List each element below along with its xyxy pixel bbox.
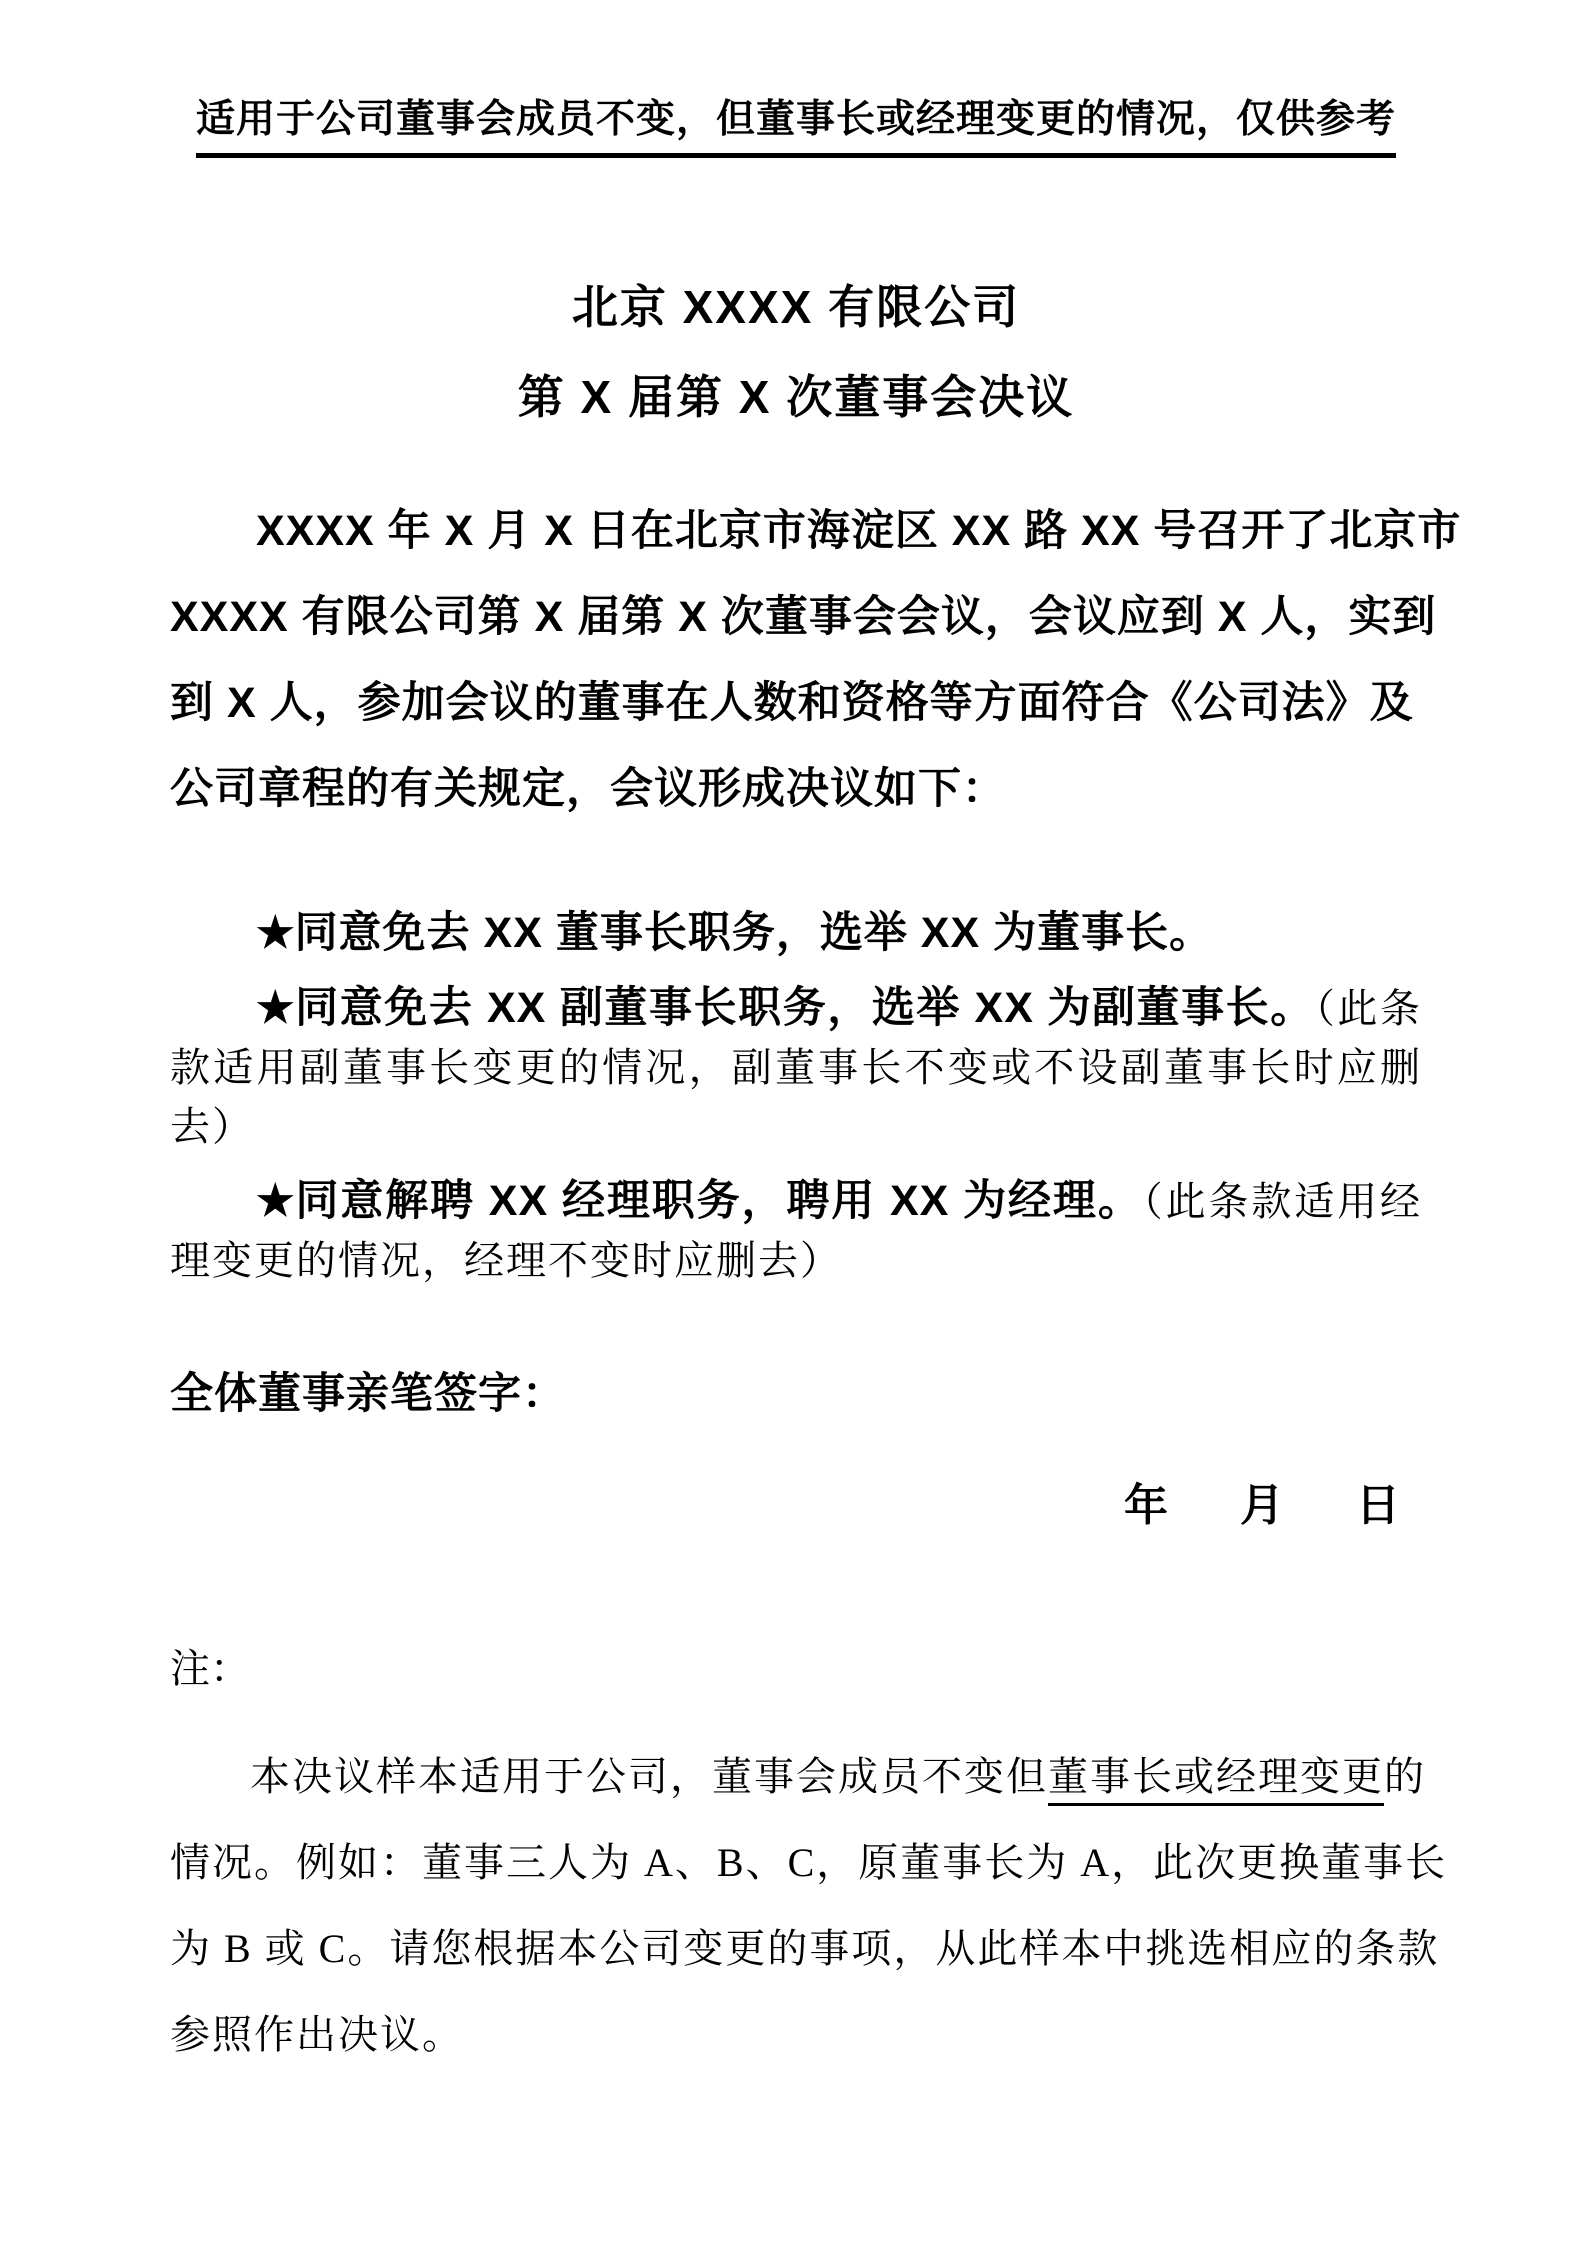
intro-line: 到 X 人，参加会议的董事在人数和资格等方面符合《公司法》及 [170,660,1422,746]
resolutions-list: ★同意免去 XX 董事长职务，选举 XX 为董事长。 ★同意免去 XX 副董事长… [170,904,1422,1290]
date-month-label: 月 [1240,1481,1284,1530]
page-header: 适用于公司董事会成员不变，但董事长或经理变更的情况，仅供参考 [170,0,1422,158]
resolution-text: 同意免去 XX 副董事长职务，选举 XX 为副董事长。 [295,984,1315,1032]
date-year-label: 年 [1124,1481,1168,1530]
intro-line: XXXX 年 X 月 X 日在北京市海淀区 XX 路 XX 号召开了北京市 [170,488,1422,574]
company-name-title: 北京 XXXX 有限公司 [170,276,1422,338]
note-line: 参照作出决议。 [170,1992,1422,2078]
note-line: 情况。例如：董事三人为 A、B、C，原董事长为 A，此次更换董事长 [170,1820,1422,1906]
resolution-text: 同意免去 XX 董事长职务，选举 XX 为董事长。 [295,909,1214,957]
intro-paragraph: XXXX 年 X 月 X 日在北京市海淀区 XX 路 XX 号召开了北京市 XX… [170,488,1422,832]
note-text: 本决议样本适用于公司，董事会成员不变但 [250,1754,1048,1799]
signature-label: 全体董事亲笔签字： [170,1360,1422,1421]
resolution-text: 同意解聘 XX 经理职务，聘用 XX 为经理。 [295,1177,1142,1225]
star-icon: ★ [256,984,295,1032]
star-icon: ★ [256,909,295,957]
date-line: 年月日 [170,1469,1422,1533]
header-applicability-note: 适用于公司董事会成员不变，但董事长或经理变更的情况，仅供参考 [196,88,1396,158]
note-underlined-phrase: 董事长或经理变更 [1048,1754,1384,1806]
note-paragraph: 本决议样本适用于公司，董事会成员不变但董事长或经理变更的 情况。例如：董事三人为… [170,1734,1422,2078]
star-icon: ★ [256,1177,295,1225]
date-day-label: 日 [1356,1481,1400,1530]
note-line: 本决议样本适用于公司，董事会成员不变但董事长或经理变更的 [170,1734,1422,1820]
resolution-item: ★同意免去 XX 副董事长职务，选举 XX 为副董事长。（此条款适用副董事长变更… [170,979,1422,1156]
document-page: 适用于公司董事会成员不变，但董事长或经理变更的情况，仅供参考 北京 XXXX 有… [0,0,1587,2245]
note-text: 的 [1384,1754,1426,1799]
note-line: 为 B 或 C。请您根据本公司变更的事项，从此样本中挑选相应的条款 [170,1906,1422,1992]
note-label: 注： [170,1637,1422,1694]
resolution-item: ★同意免去 XX 董事长职务，选举 XX 为董事长。 [170,904,1422,963]
intro-line: 公司章程的有关规定，会议形成决议如下： [170,746,1422,832]
resolution-title: 第 X 届第 X 次董事会决议 [170,366,1422,428]
intro-line: XXXX 有限公司第 X 届第 X 次董事会会议，会议应到 X 人，实到 [170,574,1422,660]
resolution-item: ★同意解聘 XX 经理职务，聘用 XX 为经理。（此条款适用经理变更的情况，经理… [170,1172,1422,1290]
